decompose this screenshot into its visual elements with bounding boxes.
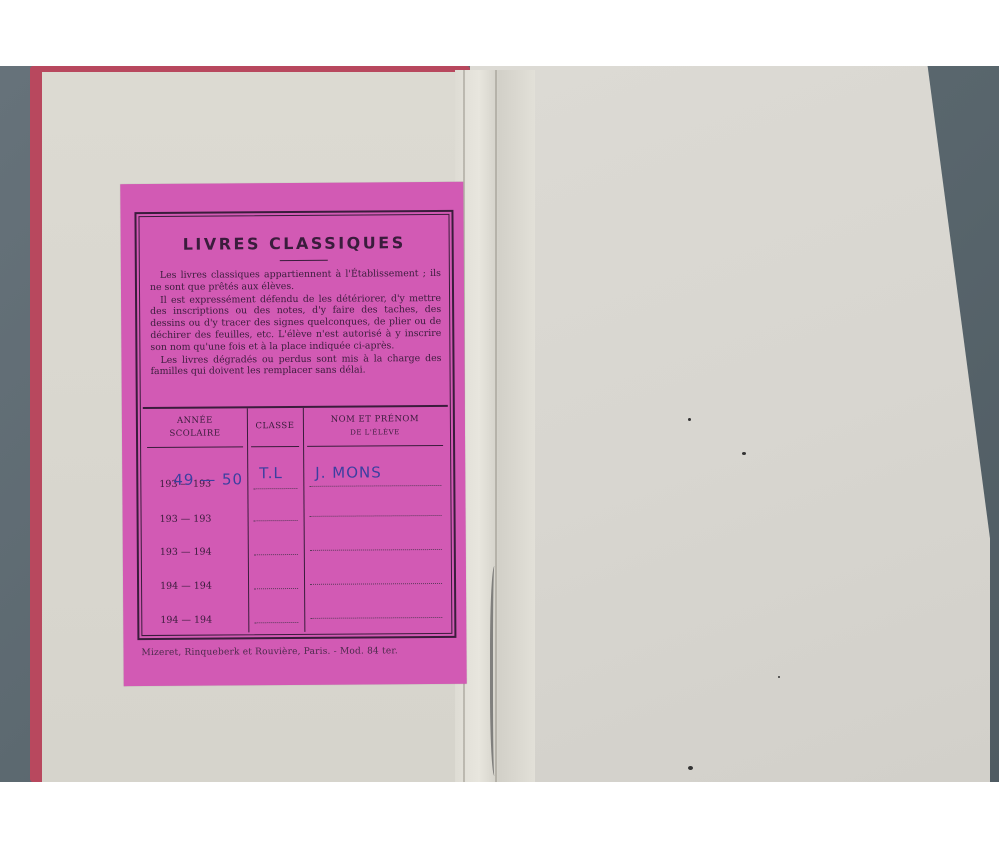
speck-mark <box>742 452 746 455</box>
rule-paragraph: Il est expressément défendu de les détér… <box>150 293 441 354</box>
label-frame-inner: LIVRES CLASSIQUES Les livres classiques … <box>138 214 452 636</box>
flyleaf-page <box>470 66 990 782</box>
row-year: 194 — 194 <box>160 615 212 626</box>
speck-mark <box>778 676 780 678</box>
title-underline <box>280 260 328 261</box>
row-year: 193 — 193 <box>160 514 212 525</box>
header-name-line1: NOM ET PRÉNOM <box>305 413 445 427</box>
header-year-line1: ANNÉE <box>143 414 247 428</box>
handwritten-year: 49 — 50 <box>173 470 243 488</box>
spine-tear <box>490 566 501 776</box>
label-rules: Les livres classiques appartiennent à l'… <box>150 268 442 379</box>
row-year: 194 — 194 <box>160 581 212 592</box>
row-year: 193 — 194 <box>160 547 212 558</box>
header-name: NOM ET PRÉNOM DE L'ÉLÈVE <box>305 413 445 440</box>
speck-mark <box>688 418 691 421</box>
row-line <box>310 617 442 619</box>
printer-imprint: Mizeret, Rinqueberk et Rouvière, Paris. … <box>141 646 397 658</box>
row-line <box>310 583 442 585</box>
rule-paragraph: Les livres dégradés ou perdus sont mis à… <box>150 353 441 379</box>
handwritten-class: T.L <box>259 464 283 482</box>
label-title: LIVRES CLASSIQUES <box>140 233 449 254</box>
speck-mark <box>688 766 693 770</box>
row-line <box>310 515 442 517</box>
row-line <box>310 549 442 551</box>
register-table: ANNÉE SCOLAIRE CLASSE NOM ET PRÉNOM DE L… <box>143 405 450 633</box>
header-name-line2: DE L'ÉLÈVE <box>305 426 445 440</box>
library-label: LIVRES CLASSIQUES Les livres classiques … <box>120 182 466 686</box>
book-photo: LIVRES CLASSIQUES Les livres classiques … <box>0 66 999 782</box>
header-rule <box>307 445 443 447</box>
label-frame: LIVRES CLASSIQUES Les livres classiques … <box>134 210 456 640</box>
header-class: CLASSE <box>247 420 303 433</box>
row-line <box>309 485 441 487</box>
header-year-line2: SCOLAIRE <box>143 427 247 441</box>
header-year: ANNÉE SCOLAIRE <box>143 414 247 441</box>
handwritten-name: J. MONS <box>315 463 382 481</box>
rule-paragraph: Les livres classiques appartiennent à l'… <box>150 268 441 294</box>
